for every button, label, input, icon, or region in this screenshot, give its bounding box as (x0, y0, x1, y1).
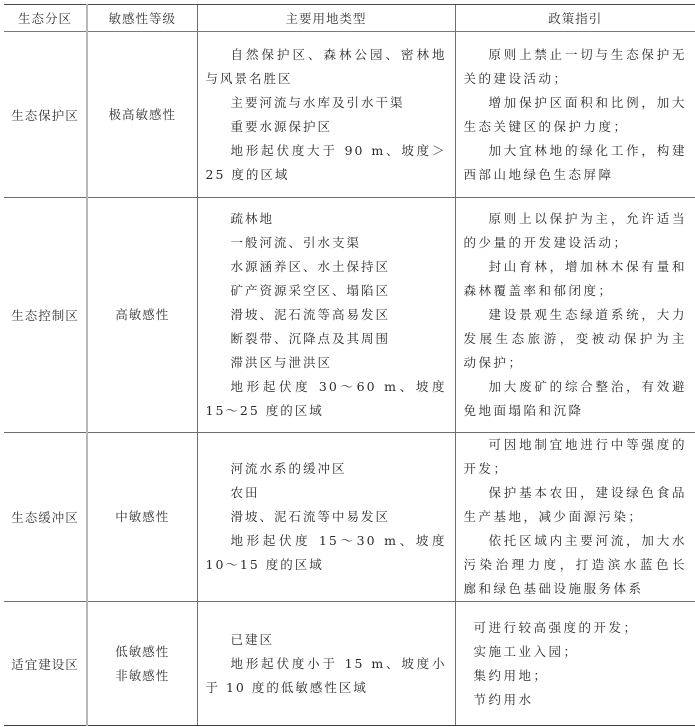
table-row: 生态缓冲区 中敏感性 河流水系的缓冲区 农田 滑坡、泥石流等中易发区 地形起伏度… (4, 433, 695, 602)
table-row: 适宜建设区 低敏感性 非敏感性 已建区 地形起伏度小于 15 m、坡度小于 10… (4, 602, 695, 726)
zone-cell: 生态保护区 (4, 32, 87, 198)
policy-item: 保护基本农田，建设绿色食品生产基地，减少面源污染； (464, 481, 688, 529)
land-types-cell: 自然保护区、森林公园、密林地与风景名胜区 主要河流与水库及引水干渠 重要水源保护… (197, 32, 455, 198)
policy-item: 实施工业入园； (464, 640, 688, 664)
land-type-item: 已建区 (206, 628, 447, 652)
land-type-item: 滑坡、泥石流等高易发区 (206, 303, 447, 327)
land-type-item: 重要水源保护区 (206, 115, 447, 139)
policy-item: 节约用水 (464, 688, 688, 712)
header-sensitivity-level: 敏感性等级 (87, 5, 197, 32)
policy-item: 原则上禁止一切与生态保护无关的建设活动； (464, 43, 688, 91)
policy-item: 加大废矿的综合整治，有效避免地面塌陷和沉降 (464, 375, 688, 423)
land-type-item: 地形起伏度 15～30 m、坡度 10～15 度的区域 (206, 529, 447, 577)
land-type-item: 农田 (206, 481, 447, 505)
land-types-cell: 河流水系的缓冲区 农田 滑坡、泥石流等中易发区 地形起伏度 15～30 m、坡度… (197, 433, 455, 602)
policy-item: 建设景观生态绿道系统，大力发展生态旅游，变被动保护为主动保护； (464, 303, 688, 375)
policy-cell: 原则上以保护为主，允许适当的少量的开发建设活动； 封山育林，增加林木保有量和森林… (455, 198, 695, 433)
land-type-item: 自然保护区、森林公园、密林地与风景名胜区 (206, 43, 447, 91)
header-land-types: 主要用地类型 (197, 5, 455, 32)
policy-item: 加大宜林地的绿化工作，构建西部山地绿色生态屏障 (464, 139, 688, 187)
sensitivity-level: 非敏感性 (88, 664, 197, 688)
land-type-item: 断裂带、沉降点及其周围 (206, 327, 447, 351)
sensitivity-cell: 低敏感性 非敏感性 (87, 602, 197, 726)
land-type-item: 地形起伏度 30～60 m、坡度 15～25 度的区域 (206, 375, 447, 423)
ecological-zoning-table-container: 生态分区 敏感性等级 主要用地类型 政策指引 生态保护区 极高敏感性 自然保护区… (4, 4, 695, 726)
table-row: 生态保护区 极高敏感性 自然保护区、森林公园、密林地与风景名胜区 主要河流与水库… (4, 32, 695, 198)
table-header-row: 生态分区 敏感性等级 主要用地类型 政策指引 (4, 5, 695, 32)
land-type-item: 滑坡、泥石流等中易发区 (206, 505, 447, 529)
header-policy-guidance: 政策指引 (455, 5, 695, 32)
policy-cell: 可因地制宜地进行中等强度的开发； 保护基本农田，建设绿色食品生产基地，减少面源污… (455, 433, 695, 602)
land-type-item: 疏林地 (206, 207, 447, 231)
land-type-item: 一般河流、引水支渠 (206, 231, 447, 255)
land-type-item: 滞洪区与泄洪区 (206, 351, 447, 375)
zone-cell: 适宜建设区 (4, 602, 87, 726)
sensitivity-level: 高敏感性 (88, 303, 197, 327)
sensitivity-level: 极高敏感性 (88, 103, 197, 127)
policy-item: 可进行较高强度的开发； (464, 616, 688, 640)
sensitivity-cell: 极高敏感性 (87, 32, 197, 198)
sensitivity-level: 中敏感性 (88, 505, 197, 529)
sensitivity-cell: 高敏感性 (87, 198, 197, 433)
land-type-item: 地形起伏度大于 90 m、坡度＞25 度的区域 (206, 139, 447, 187)
land-types-cell: 已建区 地形起伏度小于 15 m、坡度小于 10 度的低敏感性区域 (197, 602, 455, 726)
land-type-item: 矿产资源采空区、塌陷区 (206, 279, 447, 303)
policy-cell: 可进行较高强度的开发； 实施工业入园； 集约用地； 节约用水 (455, 602, 695, 726)
zone-cell: 生态控制区 (4, 198, 87, 433)
table-row: 生态控制区 高敏感性 疏林地 一般河流、引水支渠 水源涵养区、水土保持区 矿产资… (4, 198, 695, 433)
policy-item: 集约用地； (464, 664, 688, 688)
policy-item: 增加保护区面积和比例，加大生态关键区的保护力度； (464, 91, 688, 139)
land-type-item: 河流水系的缓冲区 (206, 457, 447, 481)
zone-cell: 生态缓冲区 (4, 433, 87, 602)
policy-item: 依托区域内主要河流，加大水污染治理力度，打造滨水蓝色长廊和绿色基础设施服务体系 (464, 529, 688, 601)
header-zone: 生态分区 (4, 5, 87, 32)
land-types-cell: 疏林地 一般河流、引水支渠 水源涵养区、水土保持区 矿产资源采空区、塌陷区 滑坡… (197, 198, 455, 433)
sensitivity-cell: 中敏感性 (87, 433, 197, 602)
policy-item: 封山育林，增加林木保有量和森林覆盖率和郁闭度； (464, 255, 688, 303)
land-type-item: 水源涵养区、水土保持区 (206, 255, 447, 279)
sensitivity-level: 低敏感性 (88, 640, 197, 664)
land-type-item: 地形起伏度小于 15 m、坡度小于 10 度的低敏感性区域 (206, 652, 447, 700)
policy-item: 可因地制宜地进行中等强度的开发； (464, 433, 688, 481)
policy-item: 原则上以保护为主，允许适当的少量的开发建设活动； (464, 207, 688, 255)
ecological-zoning-table: 生态分区 敏感性等级 主要用地类型 政策指引 生态保护区 极高敏感性 自然保护区… (4, 4, 695, 726)
land-type-item: 主要河流与水库及引水干渠 (206, 91, 447, 115)
policy-cell: 原则上禁止一切与生态保护无关的建设活动； 增加保护区面积和比例，加大生态关键区的… (455, 32, 695, 198)
